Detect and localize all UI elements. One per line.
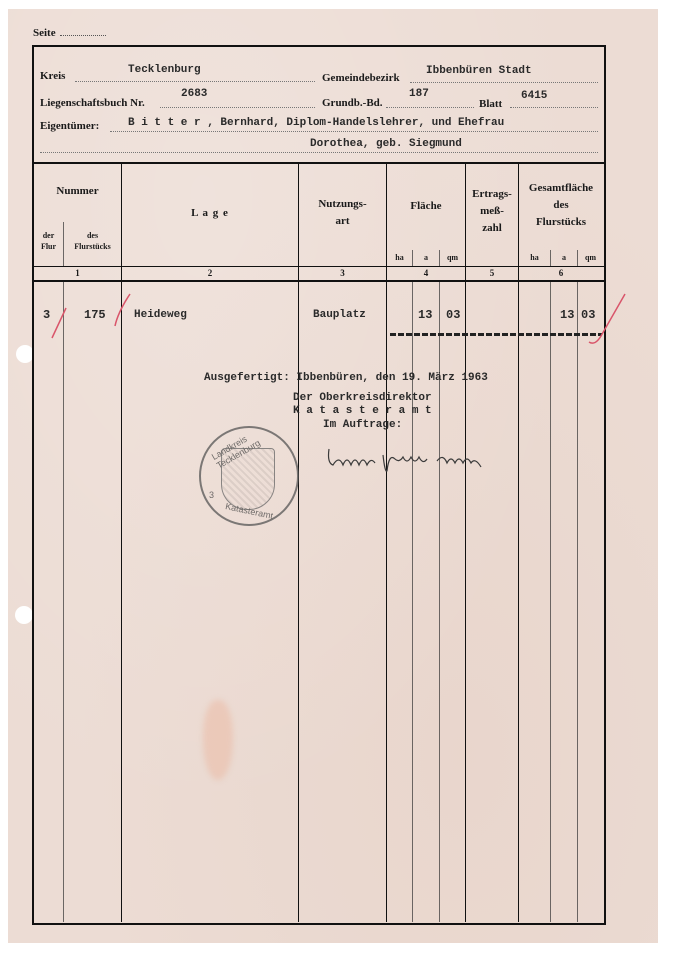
cell-lage: Heideweg: [134, 309, 187, 321]
eigentuemer-dotline-1: [110, 131, 598, 132]
col-header-nummer: Nummer: [34, 183, 121, 200]
blatt-value: 6415: [521, 90, 547, 102]
certification-line-4: Im Auftrage:: [323, 419, 402, 431]
unit-qm-flaeche: qm: [440, 252, 465, 263]
gesamt-line-2: des: [519, 197, 603, 214]
grundb-dotline: [386, 107, 474, 108]
red-check-mark-gesamt: [585, 290, 630, 350]
kreis-value: Tecklenburg: [128, 64, 201, 76]
nutzungsart-line-1: Nutzungs-: [299, 196, 386, 213]
unit-a-gesamt: a: [551, 252, 577, 263]
col-header-nutzungsart: Nutzungs- art: [299, 196, 386, 230]
col-number-1: 1: [34, 268, 121, 278]
eigentuemer-dotline-2: [40, 152, 598, 153]
cell-flaeche-a: 13: [418, 308, 432, 322]
col-number-4: 4: [387, 268, 465, 278]
gesamt-line-1: Gesamtfläche: [519, 180, 603, 197]
certification-line-3: K a t a s t e r a m t: [293, 405, 432, 417]
unit-ha-flaeche: ha: [387, 252, 412, 263]
gesamt-line-3: Flurstücks: [519, 214, 603, 231]
unit-ha-gesamt: ha: [519, 252, 550, 263]
grundb-value: 187: [409, 88, 429, 100]
official-stamp: Landkreis Tecklenburg Katasteramt 3: [199, 426, 299, 526]
unit-a-flaeche: a: [413, 252, 439, 263]
unit-qm-gesamt: qm: [578, 252, 603, 263]
seite-blank: [60, 26, 106, 36]
eigentuemer-label: Eigentümer:: [40, 120, 99, 132]
gemeindebezirk-value: Ibbenbüren Stadt: [426, 65, 532, 77]
kreis-dotline: [75, 81, 315, 82]
red-check-mark-flurstueck: [112, 290, 134, 330]
register-frame: [32, 45, 606, 925]
col-header-der-flur: der Flur: [34, 230, 63, 252]
certification-line-1: Ausgefertigt: Ibbenbüren, den 19. März 1…: [204, 372, 488, 384]
eigentuemer-line-1: B i t t e r , Bernhard, Diplom-Handelsle…: [128, 117, 504, 129]
page-number-field: Seite: [33, 26, 106, 39]
des-flurstuecks-line-1: des: [64, 230, 121, 241]
grundb-label: Grundb.-Bd.: [322, 97, 383, 109]
punch-hole-bottom: [15, 606, 33, 624]
flur-divider: [63, 282, 64, 922]
col-number-6: 6: [519, 268, 603, 278]
blatt-dotline: [510, 107, 598, 108]
der-flur-line-2: Flur: [34, 241, 63, 252]
col-number-5: 5: [466, 268, 518, 278]
liegenschaftsbuch-dotline: [160, 107, 315, 108]
nutzungsart-line-2: art: [299, 213, 386, 230]
eigentuemer-line-2: Dorothea, geb. Siegmund: [310, 138, 462, 150]
seite-label: Seite: [33, 27, 56, 39]
ertrags-line-3: zahl: [466, 220, 518, 237]
col-header-ertragsmesszahl: Ertrags- meß- zahl: [466, 186, 518, 237]
col-header-lage: L a g e: [122, 205, 298, 222]
gemeindebezirk-dotline: [410, 82, 598, 83]
gesamt-ha-divider: [550, 282, 551, 922]
cell-nutzungsart: Bauplatz: [313, 309, 366, 321]
kreis-label: Kreis: [40, 70, 65, 82]
col-header-des-flurstuecks: des Flurstücks: [64, 230, 121, 252]
liegenschaftsbuch-value: 2683: [181, 88, 207, 100]
gesamt-a-divider: [577, 282, 578, 922]
col-header-gesamtflaeche: Gesamtfläche des Flurstücks: [519, 180, 603, 231]
des-flurstuecks-line-2: Flurstücks: [64, 241, 121, 252]
stamp-number: 3: [209, 490, 214, 500]
blatt-label: Blatt: [479, 98, 502, 110]
cell-gesamt-a: 13: [560, 308, 574, 322]
red-check-mark-flur: [48, 304, 70, 342]
closing-dashed-line: [390, 333, 602, 336]
liegenschaftsbuch-label: Liegenschaftsbuch Nr.: [40, 97, 145, 109]
col-header-flaeche: Fläche: [387, 198, 465, 215]
der-flur-line-1: der: [34, 230, 63, 241]
certification-line-2: Der Oberkreisdirektor: [293, 392, 432, 404]
handwritten-signature: [325, 443, 490, 473]
gemeindebezirk-label: Gemeindebezirk: [322, 72, 400, 84]
col-number-3: 3: [299, 268, 386, 278]
ertrags-line-2: meß-: [466, 203, 518, 220]
ertrags-line-1: Ertrags-: [466, 186, 518, 203]
cell-flaeche-qm: 03: [446, 308, 460, 322]
cell-flurstueck: 175: [84, 308, 106, 322]
col-number-2: 2: [122, 268, 298, 278]
